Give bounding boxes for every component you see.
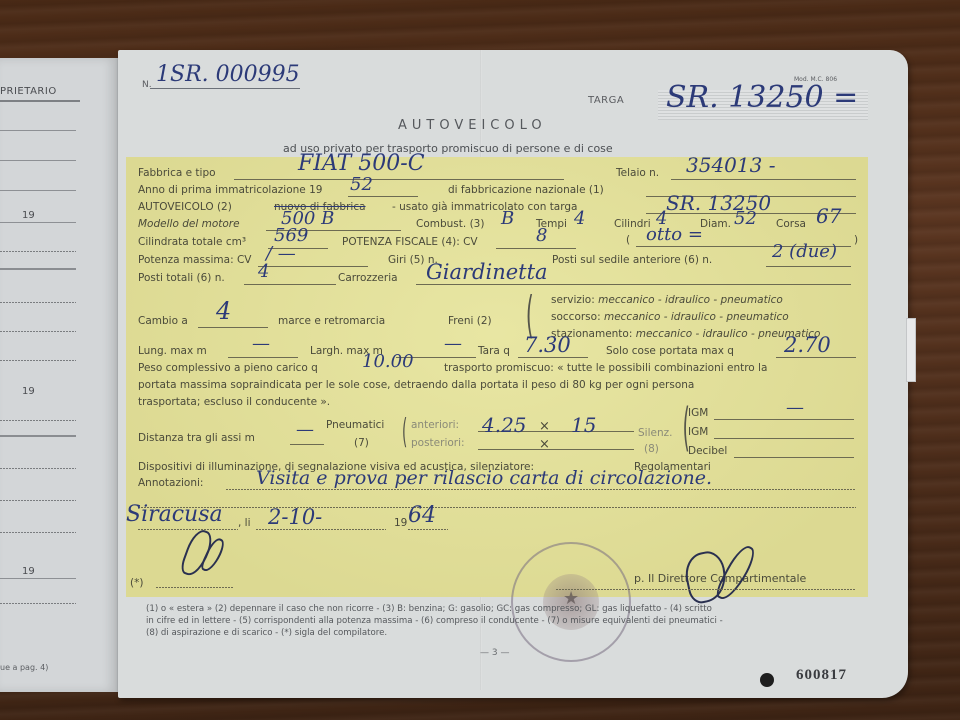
anno-suffix: 64 xyxy=(408,503,436,528)
document-number: 600817 xyxy=(796,667,847,684)
official-stamp: ★ xyxy=(511,542,631,662)
entry-line xyxy=(0,222,76,223)
freno-soccorso-label: soccorso: xyxy=(551,311,601,323)
freno-servizio: servizio: meccanico - idraulico - pneuma… xyxy=(551,294,783,306)
freno-servizio-options: meccanico - idraulico - pneumatico xyxy=(598,294,783,306)
footnotes: (1) o « estera » (2) depennare il caso c… xyxy=(146,603,886,639)
field-line xyxy=(256,529,386,530)
entry-line xyxy=(0,532,76,533)
tara-value: 7.30 xyxy=(524,333,571,357)
entry-line xyxy=(0,251,76,252)
entry-line xyxy=(0,160,76,161)
corsa-label: Corsa xyxy=(776,218,806,230)
annotazioni-value: Visita e prova per rilascio carta di cir… xyxy=(256,467,712,489)
cambio-label: Cambio a xyxy=(138,315,188,327)
field-line xyxy=(416,284,851,285)
pneumatici-anteriori-width: 4.25 xyxy=(482,413,527,437)
year-prefix: 19 xyxy=(22,210,35,221)
freni-label: Freni (2) xyxy=(448,315,492,327)
telaio-value: 354013 - xyxy=(686,153,775,177)
entry-line xyxy=(0,302,76,303)
potenza-fiscale-words: otto = xyxy=(646,224,703,245)
divider xyxy=(0,268,76,270)
freno-soccorso-options: meccanico - idraulico - pneumatico xyxy=(604,311,789,323)
silenz-num: (8) xyxy=(644,443,659,455)
field-line xyxy=(496,248,576,249)
posti-sedile-value: 2 (due) xyxy=(772,241,837,262)
posteriori-label: posteriori: xyxy=(411,437,465,449)
field-line xyxy=(671,179,856,180)
inserted-slip xyxy=(906,318,916,382)
punch-hole-icon xyxy=(760,673,774,687)
field-line xyxy=(258,266,368,267)
field-line xyxy=(228,357,298,358)
promiscuo-text-3: trasportata; escluso il conducente ». xyxy=(138,396,330,408)
field-line xyxy=(226,489,856,490)
entry-line xyxy=(0,468,76,469)
distanza-label: Distanza tra gli assi m xyxy=(138,432,255,444)
document-title: AUTOVEICOLO xyxy=(398,118,547,133)
usato-label: - usato già immatricolato con targa xyxy=(392,201,577,213)
field-line xyxy=(556,589,856,590)
lung-label: Lung. max m xyxy=(138,345,207,357)
footnote-line: (8) di aspirazione e di scarico - (*) si… xyxy=(146,627,886,639)
freno-soccorso: soccorso: meccanico - idraulico - pneuma… xyxy=(551,311,789,323)
pneumatici-num: (7) xyxy=(354,437,369,449)
igm-label-2: IGM xyxy=(688,426,708,438)
anno-label: Anno di prima immatricolazione 19 xyxy=(138,184,322,196)
li-label: , li xyxy=(238,517,251,529)
entry-line xyxy=(0,603,76,604)
field-line xyxy=(138,529,238,530)
fabbricazione-label: di fabbricazione nazionale (1) xyxy=(448,184,604,196)
promiscuo-text-2: portata massima sopraindicata per le sol… xyxy=(138,379,694,391)
registration-document-page: N. 1SR. 000995 Mod. M.C. 806 TARGA SR. 1… xyxy=(118,50,908,698)
igm-label-1: IGM xyxy=(688,407,708,419)
decibel-label: Decibel xyxy=(688,445,727,457)
marce-label: marce e retromarcia xyxy=(278,315,385,327)
annotazioni-label: Annotazioni: xyxy=(138,477,203,489)
tempi-value: 4 xyxy=(574,208,585,229)
cilindrata-label: Cilindrata totale cm³ xyxy=(138,236,246,248)
field-line xyxy=(244,284,336,285)
posti-totali-label: Posti totali (6) n. xyxy=(138,272,225,284)
distanza-value: — xyxy=(296,419,314,440)
pneumatici-label: Pneumatici xyxy=(326,419,384,431)
combust-value: B xyxy=(501,208,514,229)
footnote-line: in cifre ed in lettere - (5) corrisponde… xyxy=(146,615,886,627)
freno-servizio-label: servizio: xyxy=(551,294,595,306)
field-line xyxy=(776,357,856,358)
posti-sedile-label: Posti sul sedile anteriore (6) n. xyxy=(552,254,712,266)
field-line xyxy=(478,449,634,450)
targa-label: TARGA xyxy=(588,95,624,106)
potenza-fiscale-label: POTENZA FISCALE (4): CV xyxy=(342,236,478,248)
divider xyxy=(0,100,80,102)
posti-totali-value: 4 xyxy=(258,261,269,282)
field-line xyxy=(234,179,564,180)
entry-line xyxy=(0,500,76,501)
field-line xyxy=(766,266,851,267)
promiscuo-text-1: trasporto promiscuo: « tutte le possibil… xyxy=(444,362,767,374)
anno-prefix: 19 xyxy=(394,517,407,529)
combust-label: Combust. (3) xyxy=(416,218,484,230)
footnote-line: (1) o « estera » (2) depennare il caso c… xyxy=(146,603,886,615)
cambio-value: 4 xyxy=(216,297,231,325)
left-page: PRIETARIO 19 19 19 ue a pag. 4) xyxy=(0,58,118,692)
targa-value: SR. 13250 = xyxy=(666,80,858,115)
solo-cose-label: Solo cose portata max q xyxy=(606,345,734,357)
field-line xyxy=(348,196,418,197)
brace: ( xyxy=(402,415,407,449)
left-page-title: PRIETARIO xyxy=(0,86,57,97)
field-line xyxy=(734,457,854,458)
pneumatici-anteriori-rim: 15 xyxy=(571,413,596,437)
field-line xyxy=(290,444,324,445)
corsa-value: 67 xyxy=(816,204,841,228)
fabbrica-label: Fabbrica e tipo xyxy=(138,167,216,179)
paren-close: ) xyxy=(854,234,858,246)
paren-open: ( xyxy=(626,234,630,246)
anno-value: 52 xyxy=(350,174,373,195)
anteriori-label: anteriori: xyxy=(411,419,459,431)
largh-value: — xyxy=(444,333,462,354)
potenza-massima-value: / — xyxy=(266,243,296,264)
divider xyxy=(0,435,76,437)
field-line xyxy=(714,438,854,439)
serial-line xyxy=(150,88,300,89)
entry-line xyxy=(0,420,76,421)
autoveicolo-label: AUTOVEICOLO (2) xyxy=(138,201,232,213)
carrozzeria-value: Giardinetta xyxy=(426,260,548,284)
luogo-value: Siracusa xyxy=(126,502,223,527)
freno-stazionamento: stazionamento: meccanico - idraulico - p… xyxy=(551,328,820,340)
times-sign: × xyxy=(539,419,550,434)
diam-value: 52 xyxy=(734,208,757,229)
compilatore-label: (*) xyxy=(130,577,143,589)
telaio-label: Telaio n. xyxy=(616,167,659,179)
potenza-fiscale-value: 8 xyxy=(536,225,547,246)
silenz-label: Silenz. xyxy=(638,427,672,439)
peso-label: Peso complessivo a pieno carico q xyxy=(138,362,318,374)
year-prefix: 19 xyxy=(22,566,35,577)
field-line xyxy=(138,507,856,508)
lung-value: — xyxy=(252,333,270,354)
entry-line xyxy=(0,331,76,332)
fabbrica-value: FIAT 500-C xyxy=(298,151,425,176)
page-number: — 3 — xyxy=(480,648,509,658)
motore-label: Modello del motore xyxy=(138,218,240,230)
field-line xyxy=(408,529,448,530)
vehicle-data-form: Fabbrica e tipo FIAT 500-C Telaio n. 354… xyxy=(126,157,868,597)
left-page-footer: ue a pag. 4) xyxy=(0,663,48,672)
igm-value-1: — xyxy=(786,397,804,418)
diam-label: Diam. xyxy=(700,218,731,230)
year-prefix: 19 xyxy=(22,386,35,397)
carrozzeria-label: Carrozzeria xyxy=(338,272,398,284)
serial-value: 1SR. 000995 xyxy=(156,62,300,87)
peso-value: 10.00 xyxy=(362,351,414,372)
field-line xyxy=(156,587,234,588)
field-line xyxy=(518,357,588,358)
entry-line xyxy=(0,130,76,131)
field-line xyxy=(714,419,854,420)
entry-line xyxy=(0,360,76,361)
potenza-massima-label: Potenza massima: CV xyxy=(138,254,251,266)
tara-label: Tara q xyxy=(478,345,510,357)
entry-line xyxy=(0,578,76,579)
entry-line xyxy=(0,190,76,191)
solo-cose-value: 2.70 xyxy=(784,333,831,357)
times-sign: × xyxy=(539,437,550,452)
data-value: 2-10- xyxy=(268,505,322,529)
field-line xyxy=(198,327,268,328)
